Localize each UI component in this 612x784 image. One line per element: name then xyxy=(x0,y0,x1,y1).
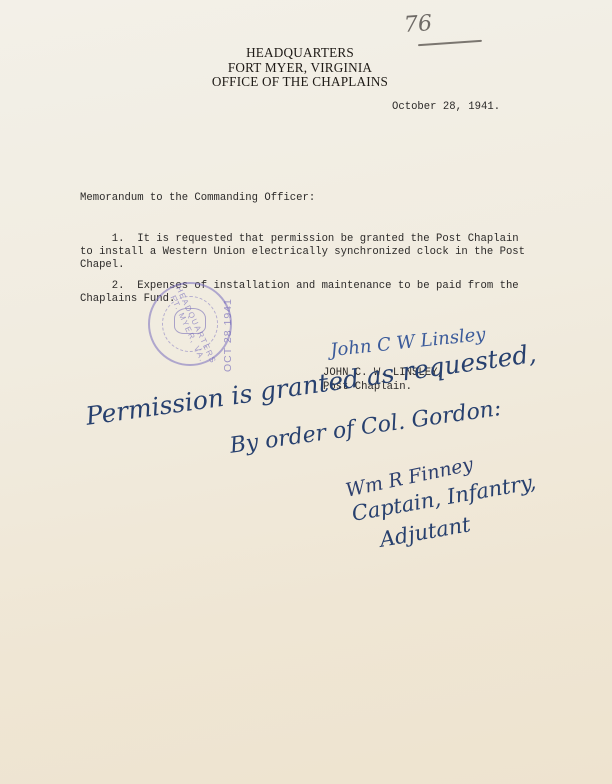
paragraph-2: 2. Expenses of installation and maintena… xyxy=(80,280,519,306)
letterhead-line-3: OFFICE OF THE CHAPLAINS xyxy=(200,75,400,90)
received-stamp: HEADQUARTERS FT. MYER, VA. xyxy=(148,282,232,366)
paragraph-1: 1. It is requested that permission be gr… xyxy=(80,233,525,272)
memo-salutation: Memorandum to the Commanding Officer: xyxy=(80,192,315,205)
stamp-date: OCT 28 1941 xyxy=(222,298,234,372)
letterhead-line-1: HEADQUARTERS xyxy=(200,46,400,61)
letterhead-line-2: FORT MYER, VIRGINIA xyxy=(200,61,400,76)
memo-page: 76 HEADQUARTERS FORT MYER, VIRGINIA OFFI… xyxy=(0,0,612,784)
memo-date: October 28, 1941. xyxy=(392,101,500,114)
letterhead: HEADQUARTERS FORT MYER, VIRGINIA OFFICE … xyxy=(200,46,400,90)
endorsement-line-2: By order of Col. Gordon: xyxy=(228,396,503,459)
file-number-annotation: 76 xyxy=(403,11,433,38)
file-number-underline xyxy=(418,40,482,46)
